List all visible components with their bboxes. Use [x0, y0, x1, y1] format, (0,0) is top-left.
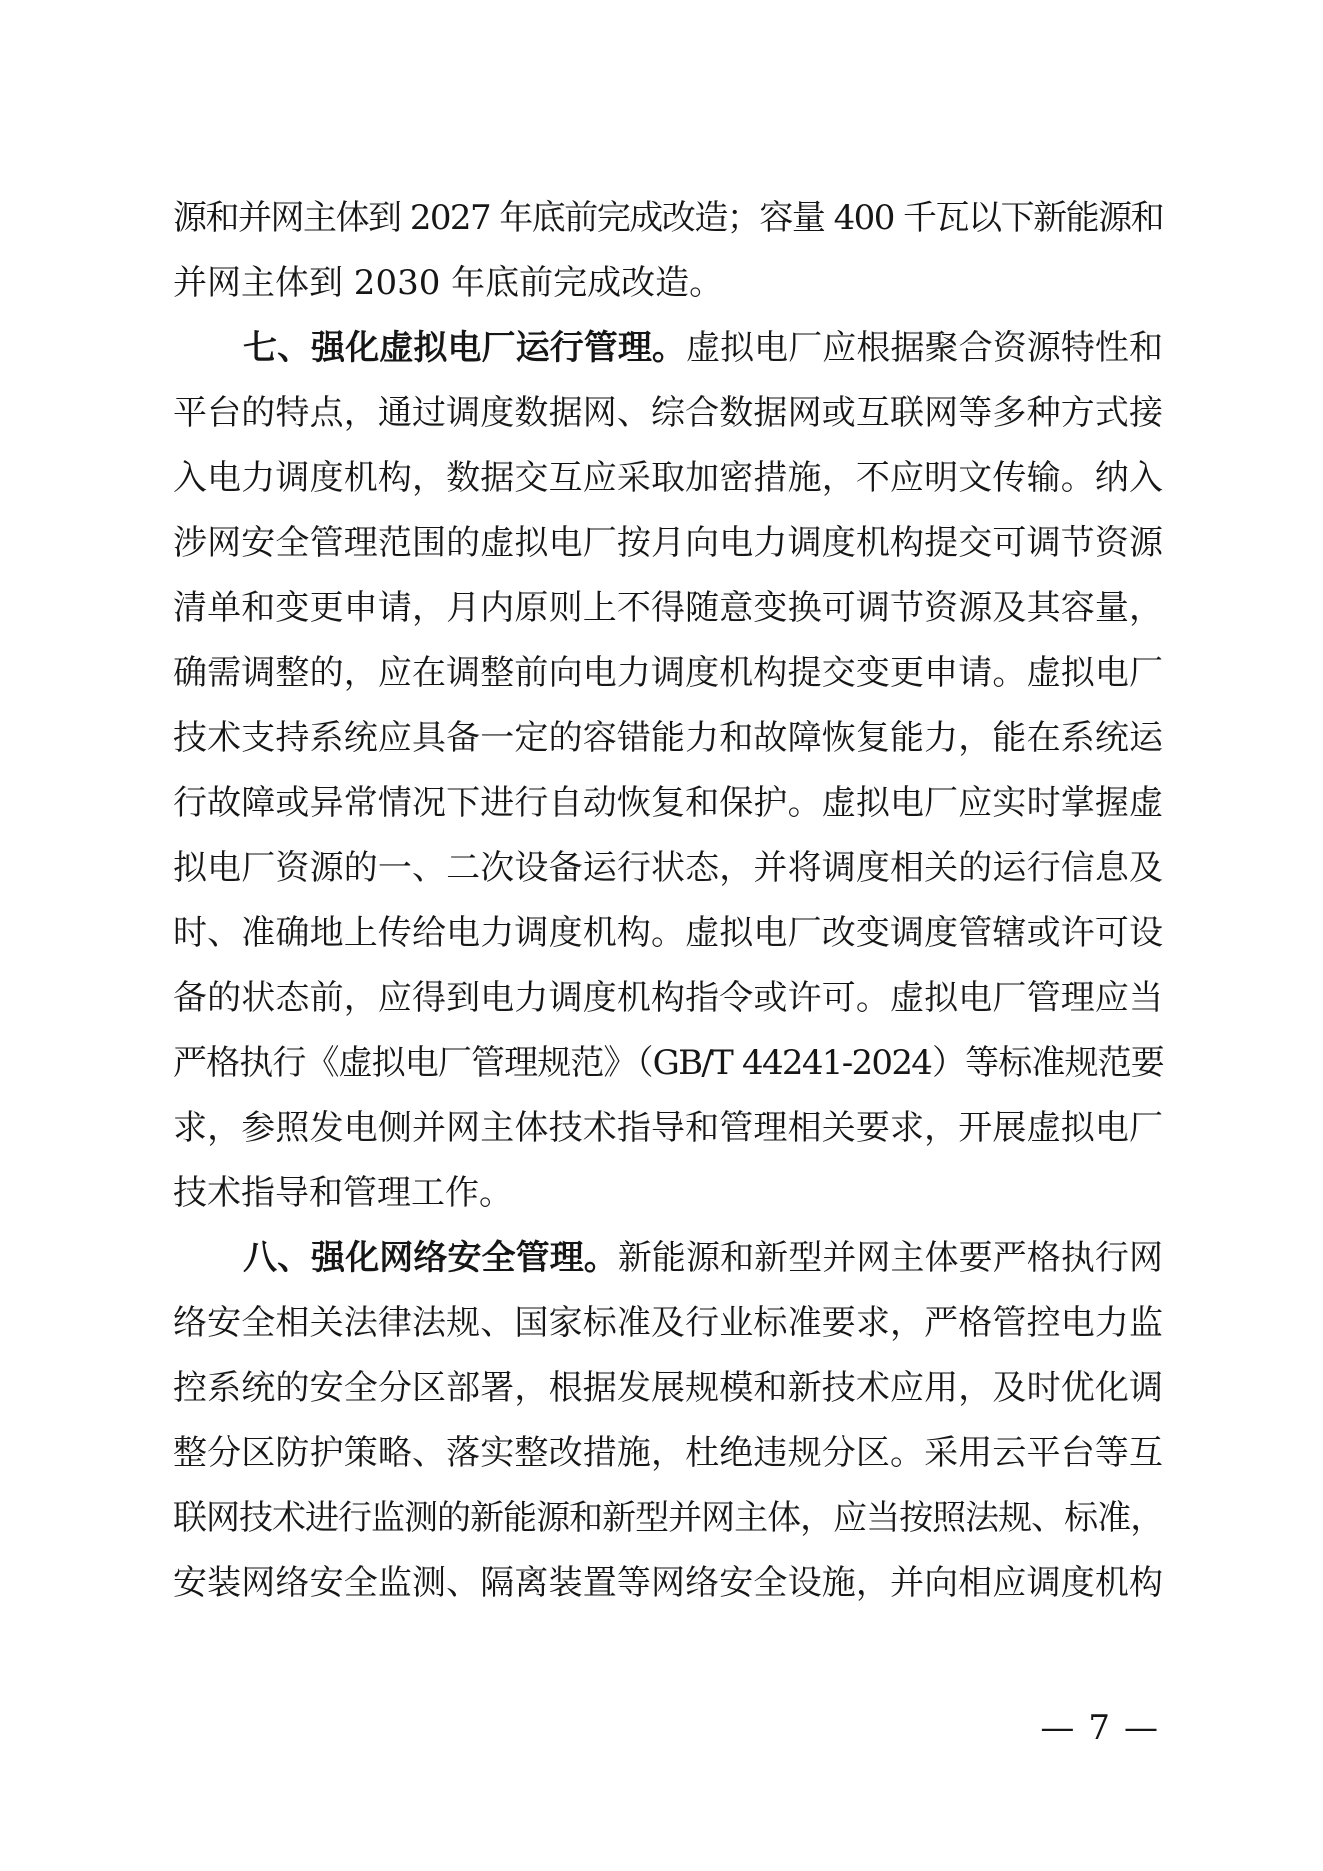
paragraph-section-7: 七、强化虚拟电厂运行管理。虚拟电厂应根据聚合资源特性和 平台的特点，通过调度数据… [173, 316, 1163, 1226]
text-line: 技术指导和管理工作。 [173, 1161, 1163, 1226]
text-line: 严格执行《虚拟电厂管理规范》（GB/T 44241-2024）等标准规范要 [173, 1031, 1163, 1096]
section-8-heading: 八、强化网络安全管理。 [243, 1239, 618, 1277]
page-number: 7 [1088, 1708, 1110, 1748]
text-line: 络安全相关法律法规、国家标准及行业标准要求，严格管控电力监 [173, 1291, 1163, 1356]
text-run: 虚拟电厂应根据聚合资源特性和 [686, 328, 1163, 368]
text-line: 时、准确地上传给电力调度机构。虚拟电厂改变调度管辖或许可设 [173, 901, 1163, 966]
footer-dash-left: — [1040, 1708, 1074, 1748]
text-line: 整分区防护策略、落实整改措施，杜绝违规分区。采用云平台等互 [173, 1421, 1163, 1486]
text-line: 七、强化虚拟电厂运行管理。虚拟电厂应根据聚合资源特性和 [173, 316, 1163, 381]
paragraph-continued: 源和并网主体到 2027 年底前完成改造；容量 400 千瓦以下新能源和 并网主… [173, 186, 1163, 316]
text-line: 求，参照发电侧并网主体技术指导和管理相关要求，开展虚拟电厂 [173, 1096, 1163, 1161]
text-line: 入电力调度机构，数据交互应采取加密措施，不应明文传输。纳入 [173, 446, 1163, 511]
text-line: 联网技术进行监测的新能源和新型并网主体，应当按照法规、标准， [173, 1486, 1163, 1551]
text-line: 确需调整的，应在调整前向电力调度机构提交变更申请。虚拟电厂 [173, 641, 1163, 706]
text-line: 备的状态前，应得到电力调度机构指令或许可。虚拟电厂管理应当 [173, 966, 1163, 1031]
page-footer: —7— [1040, 1708, 1158, 1748]
text-line: 八、强化网络安全管理。新能源和新型并网主体要严格执行网 [173, 1226, 1163, 1291]
text-line: 源和并网主体到 2027 年底前完成改造；容量 400 千瓦以下新能源和 [173, 186, 1163, 251]
text-line: 并网主体到 2030 年底前完成改造。 [173, 251, 1163, 316]
text-line: 技术支持系统应具备一定的容错能力和故障恢复能力，能在系统运 [173, 706, 1163, 771]
text-line: 拟电厂资源的一、二次设备运行状态，并将调度相关的运行信息及 [173, 836, 1163, 901]
document-page: 源和并网主体到 2027 年底前完成改造；容量 400 千瓦以下新能源和 并网主… [0, 0, 1323, 1871]
section-7-heading: 七、强化虚拟电厂运行管理。 [243, 329, 686, 367]
body-text: 源和并网主体到 2027 年底前完成改造；容量 400 千瓦以下新能源和 并网主… [173, 186, 1163, 1616]
text-line: 平台的特点，通过调度数据网、综合数据网或互联网等多种方式接 [173, 381, 1163, 446]
paragraph-section-8: 八、强化网络安全管理。新能源和新型并网主体要严格执行网 络安全相关法律法规、国家… [173, 1226, 1163, 1616]
text-line: 行故障或异常情况下进行自动恢复和保护。虚拟电厂应实时掌握虚 [173, 771, 1163, 836]
text-run: 新能源和新型并网主体要严格执行网 [618, 1238, 1163, 1278]
text-line: 安装网络安全监测、隔离装置等网络安全设施，并向相应调度机构 [173, 1551, 1163, 1616]
footer-dash-right: — [1124, 1708, 1158, 1748]
text-line: 清单和变更申请，月内原则上不得随意变换可调节资源及其容量， [173, 576, 1163, 641]
text-line: 涉网安全管理范围的虚拟电厂按月向电力调度机构提交可调节资源 [173, 511, 1163, 576]
text-line: 控系统的安全分区部署，根据发展规模和新技术应用，及时优化调 [173, 1356, 1163, 1421]
